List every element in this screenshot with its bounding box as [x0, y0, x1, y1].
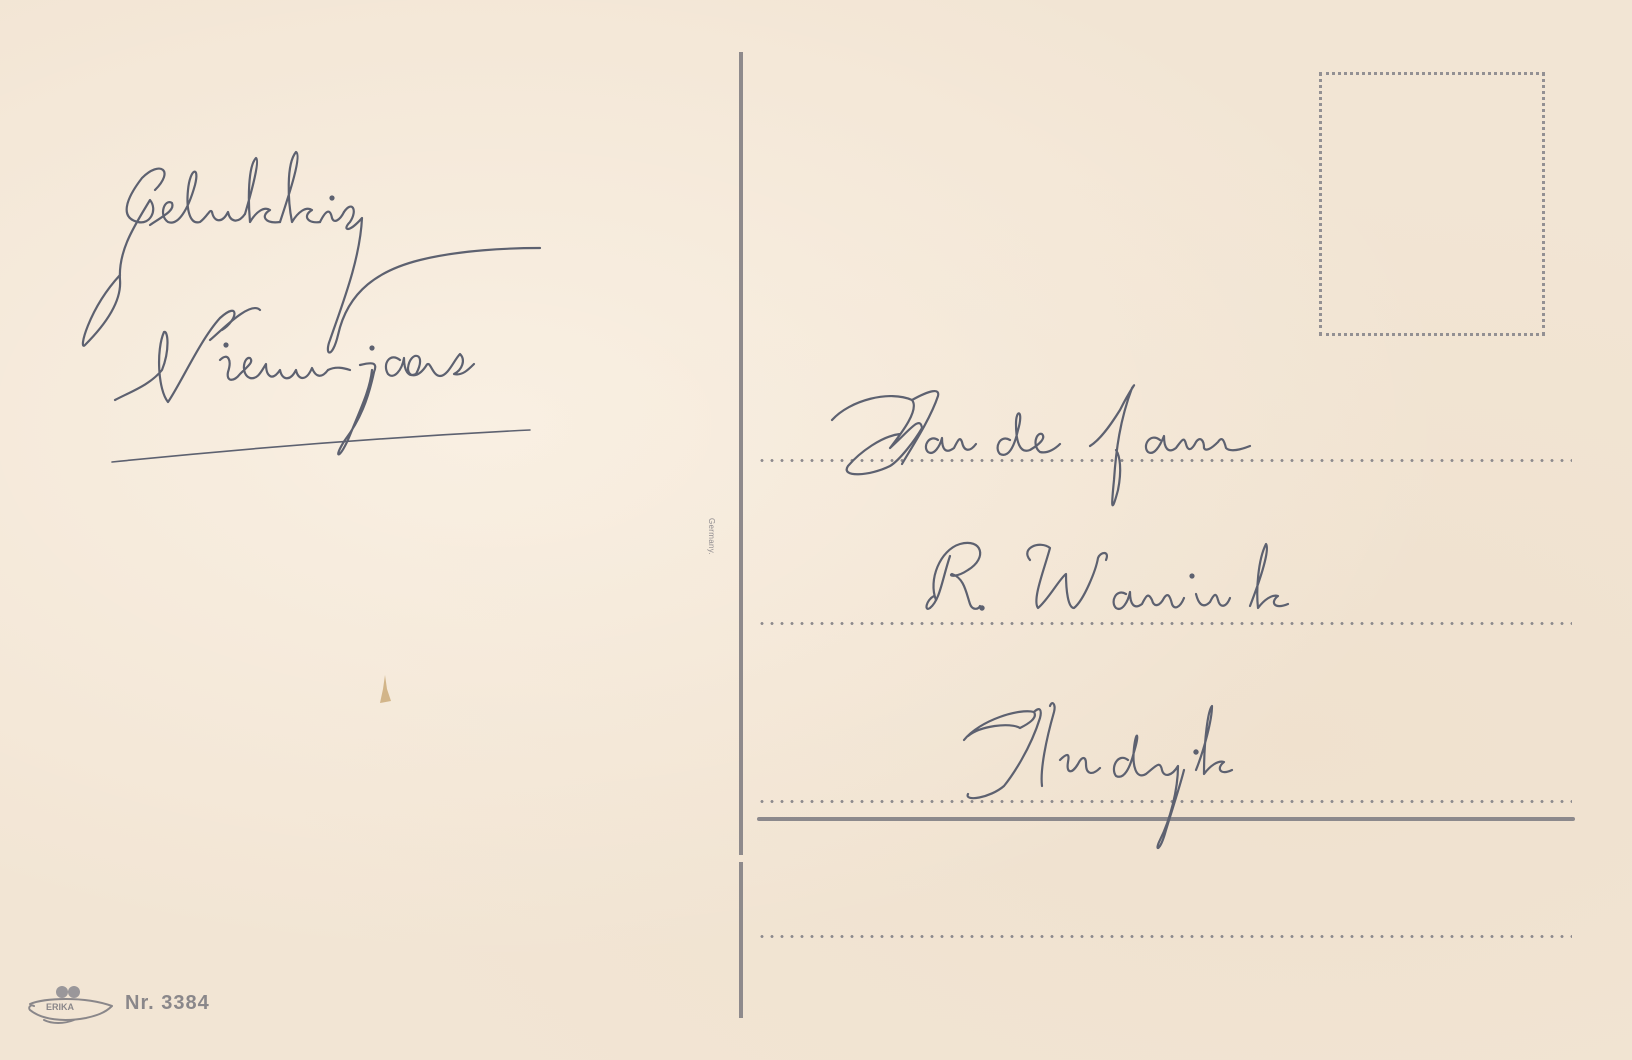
handwritten-address-line2: R. Wanink	[920, 530, 1400, 640]
erika-logo-icon: ERIKA	[24, 980, 119, 1026]
vertical-divider-bottom	[739, 862, 743, 1018]
address-line-4	[757, 935, 1572, 938]
vertical-divider-top	[739, 52, 743, 855]
handwritten-address-line3: Andijk	[960, 690, 1360, 860]
card-number: Nr. 3384	[125, 992, 210, 1015]
postcard: Gelukkig Nieuwjaar Ge	[0, 0, 1632, 1060]
handwritten-address-line1: Van de fam	[820, 360, 1380, 540]
imprint-germany: Germany.	[707, 518, 716, 555]
publisher-mark: ERIKA Nr. 3384	[24, 978, 210, 1028]
stain-mark	[378, 675, 392, 705]
handwritten-message-line2: Nieuwjaar	[110, 290, 650, 490]
svg-text:ERIKA: ERIKA	[46, 1002, 75, 1012]
stamp-placeholder-box	[1319, 72, 1545, 336]
